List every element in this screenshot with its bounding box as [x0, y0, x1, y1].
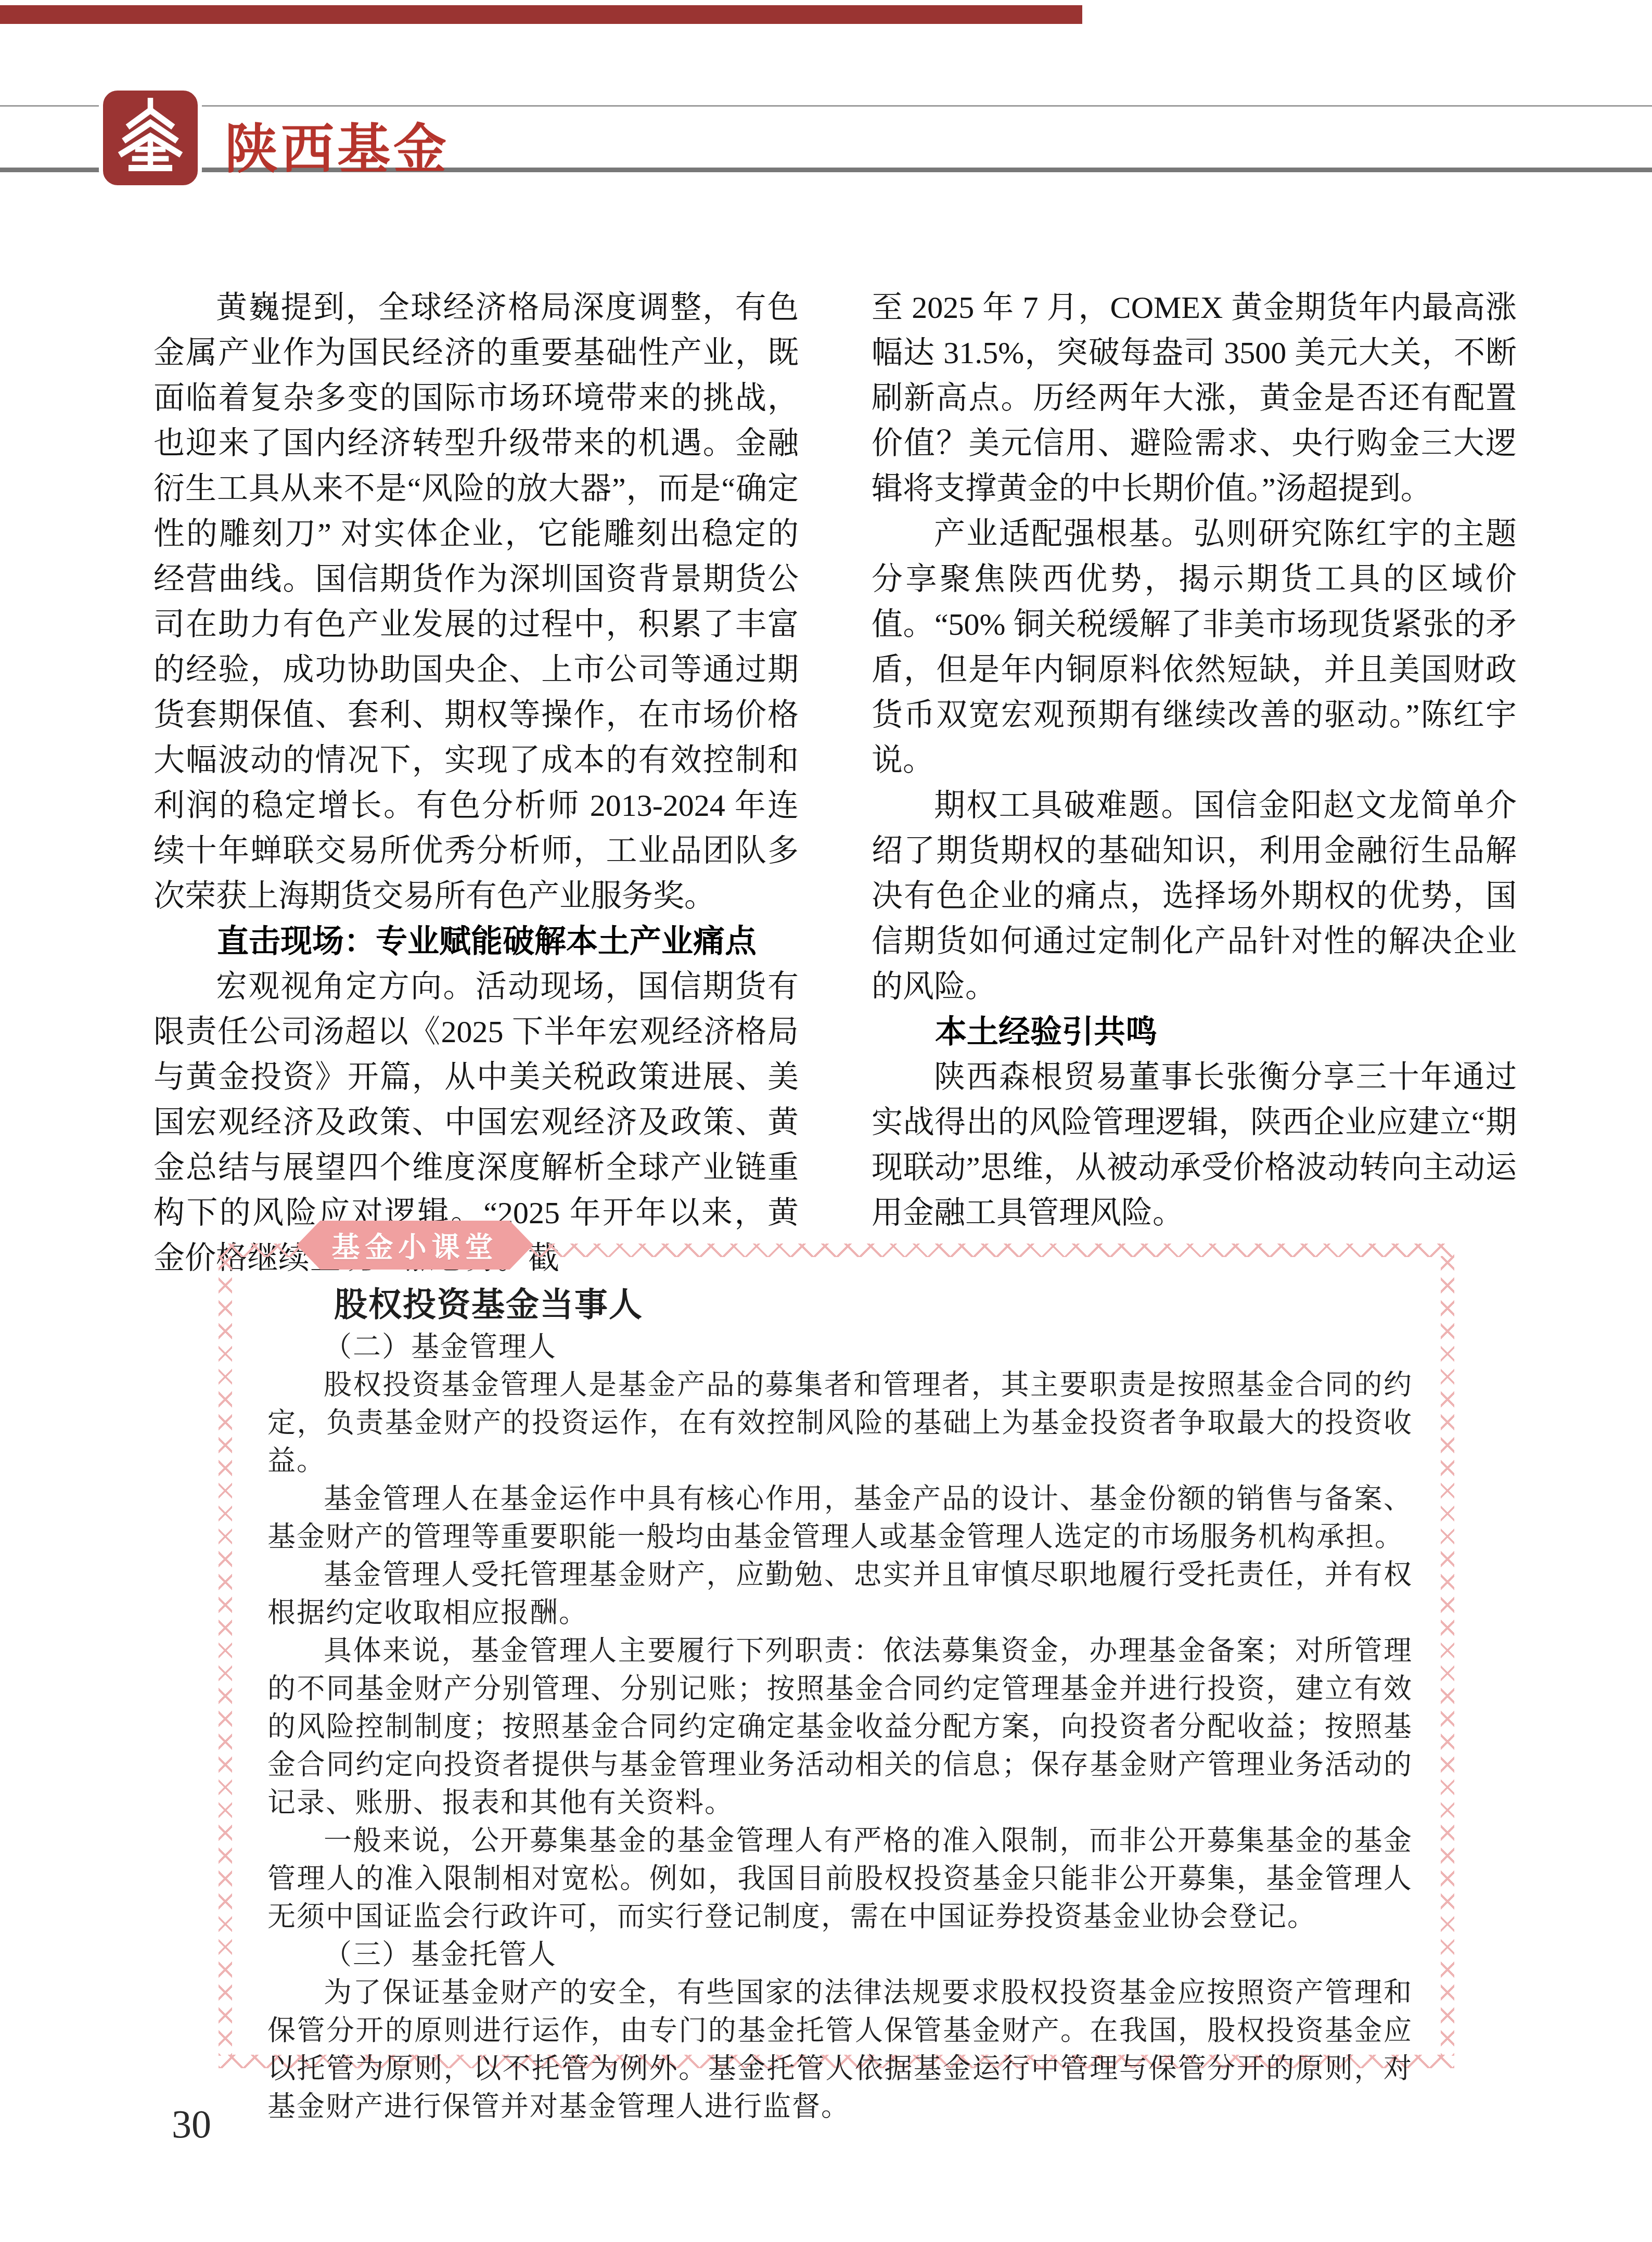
brand-calligraphy: 陕西基金: [225, 107, 450, 183]
article-columns: 黄巍提到，全球经济格局深度调整，有色金属产业作为国民经济的重要基础性产业，既面临…: [153, 285, 1517, 1281]
right-paragraph-3: 期权工具破难题。国信金阳赵文龙简单介绍了期货期权的基础知识，利用金融衍生品解决有…: [872, 783, 1517, 1009]
classroom-section-2-paragraph-1: 为了保证基金财产的安全，有些国家的法律法规要求股权投资基金应按照资产管理和保管分…: [267, 1974, 1413, 2125]
classroom-section-1-paragraph-5: 一般来说，公开募集基金的基金管理人有严格的准入限制，而非公开募集基金的基金管理人…: [267, 1822, 1413, 1936]
header-rule-thin: [0, 105, 1652, 107]
classroom-section-1-heading: （二）基金管理人: [267, 1328, 1413, 1366]
classroom-section-2-heading: （三）基金托管人: [267, 1936, 1413, 1974]
magazine-page: 陕西基金 黄巍提到，全球经济格局深度调整，有色金属产业作为国民经济的重要基础性产…: [0, 0, 1652, 2242]
right-paragraph-2: 产业适配强根基。弘则研究陈红宇的主题分享聚焦陕西优势，揭示期货工具的区域价值。“…: [872, 511, 1517, 783]
page-number: 30: [172, 2102, 211, 2147]
classroom-section-1-paragraph-4: 具体来说，基金管理人主要履行下列职责：依法募集资金，办理基金备案；对所管理的不同…: [267, 1632, 1413, 1822]
right-paragraph-4: 陕西森根贸易董事长张衡分享三十年通过实战得出的风险管理逻辑，陕西企业应建立“期现…: [872, 1055, 1517, 1236]
fund-classroom-box: 基金小课堂 股权投资基金当事人 （二）基金管理人 股权投资基金管理人是基金产品的…: [219, 1244, 1454, 2068]
classroom-section-1-paragraph-1: 股权投资基金管理人是基金产品的募集者和管理者，其主要职责是按照基金合同的约定，负…: [267, 1366, 1413, 1480]
article-left-column: 黄巍提到，全球经济格局深度调整，有色金属产业作为国民经济的重要基础性产业，既面临…: [153, 285, 799, 1281]
left-paragraph-1: 黄巍提到，全球经济格局深度调整，有色金属产业作为国民经济的重要基础性产业，既面临…: [153, 285, 799, 919]
right-paragraph-1: 至 2025 年 7 月，COMEX 黄金期货年内最高涨幅达 31.5%，突破每…: [872, 285, 1517, 511]
pagoda-seal-icon: [111, 98, 189, 178]
diamond-border-right: [1441, 1256, 1454, 2056]
classroom-section-1-paragraph-2: 基金管理人在基金运作中具有核心作用，基金产品的设计、基金份额的销售与备案、基金财…: [267, 1480, 1413, 1556]
top-red-bar: [0, 5, 1082, 24]
classroom-content: 股权投资基金当事人 （二）基金管理人 股权投资基金管理人是基金产品的募集者和管理…: [267, 1282, 1413, 2040]
shaanxi-fund-logo: [99, 86, 202, 189]
classroom-section-1-paragraph-3: 基金管理人受托管理基金财产，应勤勉、忠实并且审慎尽职地履行受托责任，并有权根据约…: [267, 1556, 1413, 1632]
article-right-column: 至 2025 年 7 月，COMEX 黄金期货年内最高涨幅达 31.5%，突破每…: [872, 285, 1517, 1281]
right-section-heading: 本土经验引共鸣: [872, 1009, 1517, 1055]
diamond-border-left: [219, 1256, 232, 2056]
classroom-title: 股权投资基金当事人: [267, 1282, 1413, 1328]
classroom-badge: 基金小课堂: [297, 1221, 533, 1270]
left-section-heading: 直击现场：专业赋能破解本土产业痛点: [153, 919, 799, 964]
